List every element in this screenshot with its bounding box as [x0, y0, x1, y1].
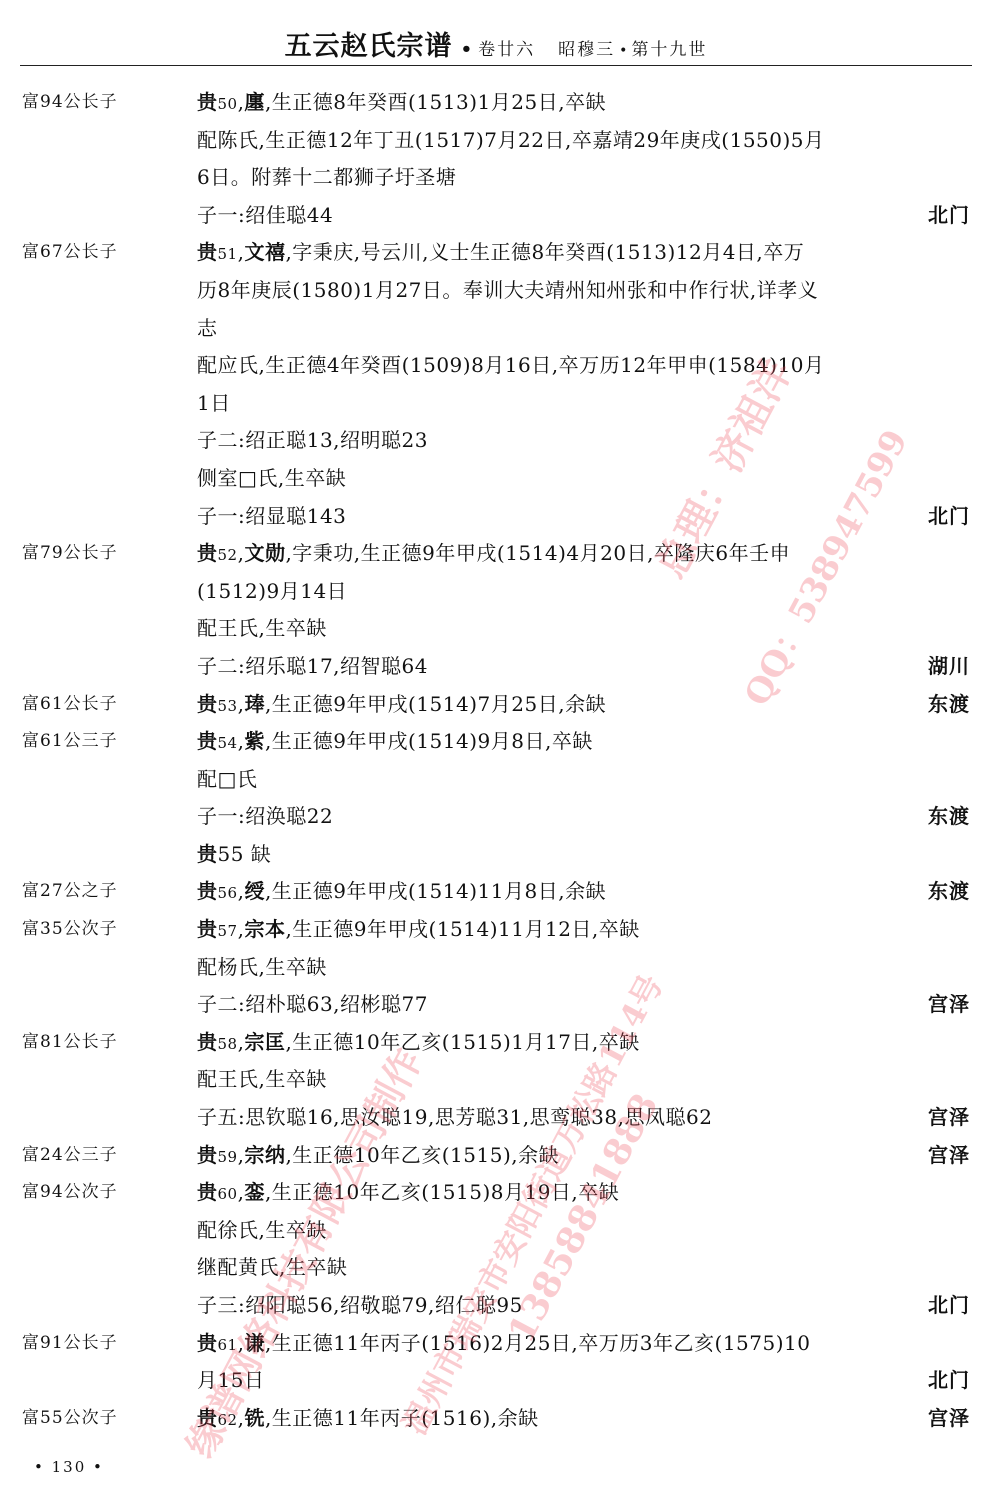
person-name: 銮 [244, 1180, 265, 1204]
residence-label: 东渡 [928, 798, 970, 836]
entry-line: 子二:绍朴聪63,绍彬聪77宫泽 [0, 986, 992, 1024]
parent-label: 富55公次子 [22, 1400, 118, 1438]
generation-char: 贵 [197, 90, 218, 114]
generation-char: 贵 [197, 729, 218, 753]
residence-label: 北门 [928, 197, 970, 235]
generation-label: 第十九世 [631, 40, 707, 60]
residence-label: 东渡 [928, 686, 970, 724]
generation-char: 贵 [197, 240, 218, 264]
entry-line: 贵55 缺 [0, 836, 992, 874]
entry-text: 月15日 [197, 1362, 264, 1400]
entry-text: 贵60,銮,生正德10年乙亥(1515)8月19日,卒缺 [197, 1174, 619, 1214]
entry-text: 贵54,紫,生正德9年甲戌(1514)9月8日,卒缺 [197, 723, 593, 763]
parent-label: 富61公三子 [22, 723, 118, 761]
entry-line: 志 [0, 310, 992, 348]
entry-text: 子二:绍正聪13,绍明聪23 [197, 422, 428, 460]
entry-number: 57 [218, 922, 238, 940]
parent-label: 富67公长子 [22, 234, 118, 272]
entry-number: 56 [218, 884, 238, 902]
entry-text: 贵50,廛,生正德8年癸酉(1513)1月25日,卒缺 [197, 84, 606, 124]
parent-label: 富94公次子 [22, 1174, 118, 1212]
entry-number: 52 [218, 546, 238, 564]
residence-label: 北门 [928, 1287, 970, 1325]
entry-line: 富81公长子贵58,宗匡,生正德10年乙亥(1515)1月17日,卒缺 [0, 1024, 992, 1062]
person-name: 紫 [244, 729, 265, 753]
generation-char: 贵 [197, 1406, 218, 1430]
branch-label: 昭穆三 [558, 40, 615, 60]
entry-text: 贵62,铣,生正德11年丙子(1516),余缺 [197, 1400, 539, 1440]
person-name: 绶 [244, 879, 265, 903]
entry-line: 富61公三子贵54,紫,生正德9年甲戌(1514)9月8日,卒缺 [0, 723, 992, 761]
entry-text: 1日 [197, 385, 231, 423]
entry-text: 贵55 缺 [197, 836, 271, 874]
header-divider [20, 65, 972, 66]
generation-char: 贵 [197, 1143, 218, 1167]
entry-text: 贵57,宗本,生正德9年甲戌(1514)11月12日,卒缺 [197, 911, 640, 951]
residence-label: 宫泽 [928, 986, 970, 1024]
residence-label: 东渡 [928, 873, 970, 911]
entry-line: 继配黄氏,生卒缺 [0, 1249, 992, 1287]
page-header: 五云赵氏宗谱•卷廿六 昭穆三•第十九世 [0, 24, 992, 64]
entry-number: 50 [218, 95, 238, 113]
entry-line: 子五:思钦聪16,思汝聪19,思芳聪31,思鸾聪38,思凤聪62宫泽 [0, 1099, 992, 1137]
entry-text: 侧室□氏,生卒缺 [197, 460, 346, 498]
entry-text: 贵61,谦,生正德11年丙子(1516)2月25日,卒万历3年乙亥(1575)1… [197, 1325, 810, 1365]
parent-label: 富24公三子 [22, 1137, 118, 1175]
entry-number: 60 [218, 1185, 238, 1203]
person-name: 宗匡 [244, 1030, 285, 1054]
volume-label: 卷廿六 [478, 40, 535, 60]
page-number: • 130 • [34, 1458, 104, 1476]
entry-line: 子一:绍显聪143北门 [0, 498, 992, 536]
entry-line: 富94公次子贵60,銮,生正德10年乙亥(1515)8月19日,卒缺 [0, 1174, 992, 1212]
entry-line: 配□氏 [0, 761, 992, 799]
entry-line: 富61公长子贵53,琫,生正德9年甲戌(1514)7月25日,余缺东渡 [0, 686, 992, 724]
person-name: 文勋 [244, 541, 285, 565]
entry-line: 1日 [0, 385, 992, 423]
entry-text: 6日。附葬十二都狮子圩圣塘 [197, 159, 456, 197]
generation-char: 贵 [197, 842, 218, 866]
entry-text: 子三:绍阳聪56,绍敬聪79,绍仁聪95 [197, 1287, 523, 1325]
entry-line: 富27公之子贵56,绶,生正德9年甲戌(1514)11月8日,余缺东渡 [0, 873, 992, 911]
entry-text: 贵53,琫,生正德9年甲戌(1514)7月25日,余缺 [197, 686, 606, 726]
genealogy-entries: 富94公长子贵50,廛,生正德8年癸酉(1513)1月25日,卒缺配陈氏,生正德… [0, 84, 992, 1437]
person-name: 宗纳 [244, 1143, 285, 1167]
entry-line: 富91公长子贵61,谦,生正德11年丙子(1516)2月25日,卒万历3年乙亥(… [0, 1325, 992, 1363]
generation-char: 贵 [197, 917, 218, 941]
entry-text: 子二:绍乐聪17,绍智聪64 [197, 648, 428, 686]
entry-text: 配王氏,生卒缺 [197, 1061, 327, 1099]
entry-text: 子一:绍显聪143 [197, 498, 346, 536]
entry-text: 配□氏 [197, 761, 257, 799]
entry-text: 贵52,文勋,字秉功,生正德9年甲戌(1514)4月20日,卒隆庆6年壬申 [197, 535, 790, 575]
entry-line: 配王氏,生卒缺 [0, 1061, 992, 1099]
entry-text: 贵51,文禧,字秉庆,号云川,义士生正德8年癸酉(1513)12月4日,卒万 [197, 234, 804, 274]
entry-line: 月15日北门 [0, 1362, 992, 1400]
person-name: 廛 [244, 90, 265, 114]
entry-line: 子二:绍正聪13,绍明聪23 [0, 422, 992, 460]
entry-line: 子一:绍佳聪44北门 [0, 197, 992, 235]
generation-char: 贵 [197, 692, 218, 716]
generation-char: 贵 [197, 1180, 218, 1204]
residence-label: 宫泽 [928, 1099, 970, 1137]
person-name: 铣 [244, 1406, 265, 1430]
entry-number: 61 [218, 1336, 238, 1354]
person-name: 琫 [244, 692, 265, 716]
residence-label: 湖川 [928, 648, 970, 686]
entry-text: 继配黄氏,生卒缺 [197, 1249, 347, 1287]
entry-text: 配徐氏,生卒缺 [197, 1212, 327, 1250]
parent-label: 富81公长子 [22, 1024, 118, 1062]
entry-text: 贵59,宗纳,生正德10年乙亥(1515),余缺 [197, 1137, 559, 1177]
residence-label: 宫泽 [928, 1400, 970, 1438]
entry-number: 53 [218, 697, 238, 715]
entry-text: 配陈氏,生正德12年丁丑(1517)7月22日,卒嘉靖29年庚戌(1550)5月 [197, 122, 825, 160]
entry-line: 富55公次子贵62,铣,生正德11年丙子(1516),余缺宫泽 [0, 1400, 992, 1438]
person-name: 文禧 [244, 240, 285, 264]
entry-text: 配王氏,生卒缺 [197, 610, 327, 648]
generation-char: 贵 [197, 879, 218, 903]
entry-line: 配杨氏,生卒缺 [0, 949, 992, 987]
entry-line: 子三:绍阳聪56,绍敬聪79,绍仁聪95北门 [0, 1287, 992, 1325]
residence-label: 宫泽 [928, 1137, 970, 1175]
entry-text: 贵56,绶,生正德9年甲戌(1514)11月8日,余缺 [197, 873, 606, 913]
entry-line: 配王氏,生卒缺 [0, 610, 992, 648]
person-name: 谦 [244, 1331, 265, 1355]
parent-label: 富61公长子 [22, 686, 118, 724]
entry-line: 富35公次子贵57,宗本,生正德9年甲戌(1514)11月12日,卒缺 [0, 911, 992, 949]
entry-number: 58 [218, 1035, 238, 1053]
entry-line: 6日。附葬十二都狮子圩圣塘 [0, 159, 992, 197]
entry-line: 配徐氏,生卒缺 [0, 1212, 992, 1250]
generation-char: 贵 [197, 1331, 218, 1355]
entry-text: 历8年庚辰(1580)1月27日。奉训大夫靖州知州张和中作行状,详孝义 [197, 272, 818, 310]
header-separator-2: • [619, 43, 627, 59]
entry-line: (1512)9月14日 [0, 573, 992, 611]
generation-char: 贵 [197, 541, 218, 565]
residence-label: 北门 [928, 498, 970, 536]
entry-text: (1512)9月14日 [197, 573, 347, 611]
entry-text: 子二:绍朴聪63,绍彬聪77 [197, 986, 428, 1024]
entry-line: 富94公长子贵50,廛,生正德8年癸酉(1513)1月25日,卒缺 [0, 84, 992, 122]
entry-line: 富67公长子贵51,文禧,字秉庆,号云川,义士生正德8年癸酉(1513)12月4… [0, 234, 992, 272]
book-title: 五云赵氏宗谱 [285, 31, 453, 62]
header-separator: • [461, 39, 473, 60]
residence-label: 北门 [928, 1362, 970, 1400]
entry-line: 历8年庚辰(1580)1月27日。奉训大夫靖州知州张和中作行状,详孝义 [0, 272, 992, 310]
entry-line: 子二:绍乐聪17,绍智聪64湖川 [0, 648, 992, 686]
entry-text: 配杨氏,生卒缺 [197, 949, 327, 987]
entry-number: 62 [218, 1411, 238, 1429]
entry-number: 51 [218, 245, 238, 263]
parent-label: 富35公次子 [22, 911, 118, 949]
entry-text: 子一:绍佳聪44 [197, 197, 333, 235]
entry-number: 59 [218, 1148, 238, 1166]
entry-text: 配应氏,生正德4年癸酉(1509)8月16日,卒万历12年甲申(1584)10月 [197, 347, 825, 385]
generation-char: 贵 [197, 1030, 218, 1054]
entry-line: 子一:绍涣聪22东渡 [0, 798, 992, 836]
parent-label: 富79公长子 [22, 535, 118, 573]
person-name: 宗本 [244, 917, 285, 941]
entry-number: 54 [218, 734, 238, 752]
parent-label: 富91公长子 [22, 1325, 118, 1363]
parent-label: 富27公之子 [22, 873, 118, 911]
entry-line: 配应氏,生正德4年癸酉(1509)8月16日,卒万历12年甲申(1584)10月 [0, 347, 992, 385]
entry-text: 子五:思钦聪16,思汝聪19,思芳聪31,思鸾聪38,思凤聪62 [197, 1099, 712, 1137]
parent-label: 富94公长子 [22, 84, 118, 122]
entry-line: 富24公三子贵59,宗纳,生正德10年乙亥(1515),余缺宫泽 [0, 1137, 992, 1175]
entry-line: 富79公长子贵52,文勋,字秉功,生正德9年甲戌(1514)4月20日,卒隆庆6… [0, 535, 992, 573]
entry-text: 子一:绍涣聪22 [197, 798, 333, 836]
entry-line: 侧室□氏,生卒缺 [0, 460, 992, 498]
entry-text: 贵58,宗匡,生正德10年乙亥(1515)1月17日,卒缺 [197, 1024, 640, 1064]
entry-line: 配陈氏,生正德12年丁丑(1517)7月22日,卒嘉靖29年庚戌(1550)5月 [0, 122, 992, 160]
entry-text: 志 [197, 310, 218, 348]
